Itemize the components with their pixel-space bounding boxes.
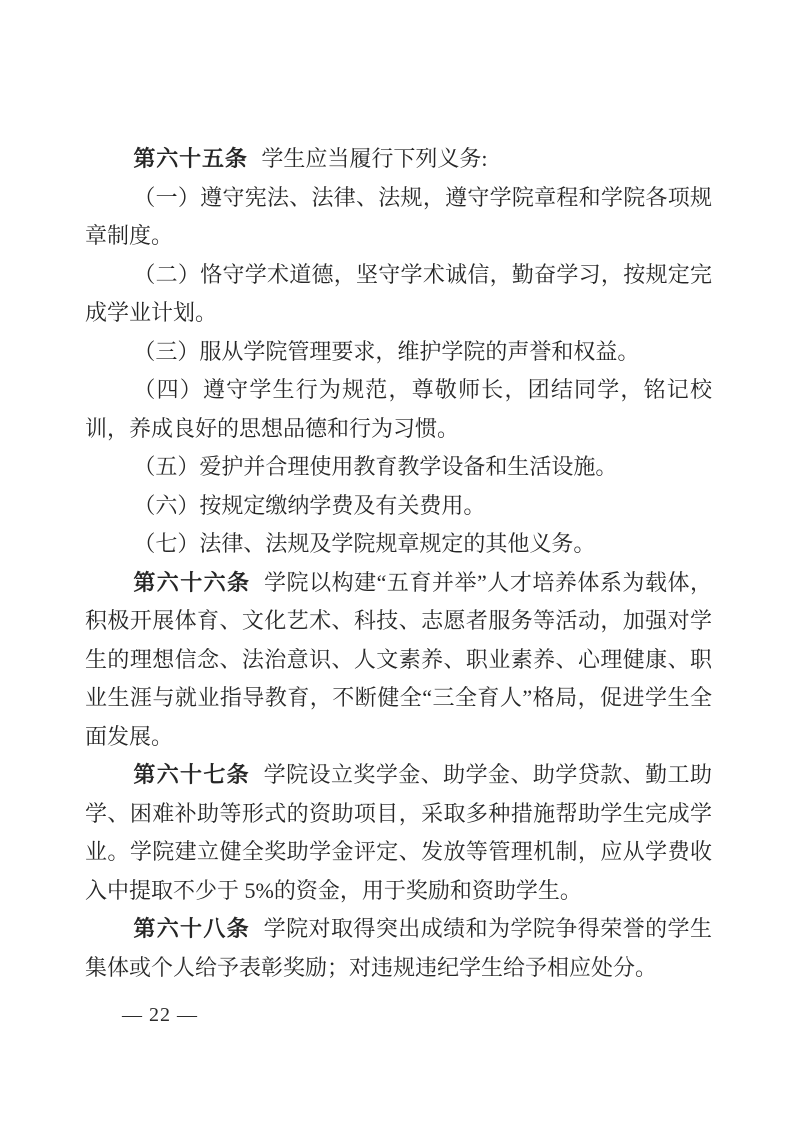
article-number-label: 第六十五条 — [133, 146, 247, 171]
clause-paragraph: （四）遵守学生行为规范，尊敬师长，团结同学，铭记校训，养成良好的思想品德和行为习… — [85, 371, 712, 448]
page-number: — 22 — — [122, 1004, 198, 1026]
article-paragraph: 第六十五条学生应当履行下列义务: — [85, 140, 712, 179]
paragraph-text: （六）按规定缴纳学费及有关费用。 — [133, 493, 485, 518]
clause-paragraph: （二）恪守学术道德，坚守学术诚信，勤奋学习，按规定完成学业计划。 — [85, 256, 712, 333]
article-paragraph: 第六十八条学院对取得突出成绩和为学院争得荣誉的学生集体或个人给予表彰奖励；对违规… — [85, 910, 712, 987]
clause-paragraph: （七）法律、法规及学院规章规定的其他义务。 — [85, 525, 712, 564]
document-body: 第六十五条学生应当履行下列义务:（一）遵守宪法、法律、法规，遵守学院章程和学院各… — [85, 140, 712, 987]
paragraph-text: （四）遵守学生行为规范，尊敬师长，团结同学，铭记校训，养成良好的思想品德和行为习… — [85, 377, 712, 441]
paragraph-text: （七）法律、法规及学院规章规定的其他义务。 — [133, 531, 595, 556]
page-footer: — 22 — — [122, 1000, 198, 1030]
document-page: 第六十五条学生应当履行下列义务:（一）遵守宪法、法律、法规，遵守学院章程和学院各… — [0, 0, 793, 1122]
article-number-label: 第六十八条 — [133, 916, 250, 941]
paragraph-text: （二）恪守学术道德，坚守学术诚信，勤奋学习，按规定完成学业计划。 — [85, 262, 712, 326]
paragraph-text: （一）遵守宪法、法律、法规，遵守学院章程和学院各项规章制度。 — [85, 185, 712, 249]
clause-paragraph: （三）服从学院管理要求，维护学院的声誉和权益。 — [85, 333, 712, 372]
clause-paragraph: （六）按规定缴纳学费及有关费用。 — [85, 487, 712, 526]
article-paragraph: 第六十七条学院设立奖学金、助学金、助学贷款、勤工助学、困难补助等形式的资助项目，… — [85, 756, 712, 910]
paragraph-text: 学院以构建“五育并举”人才培养体系为载体，积极开展体育、文化艺术、科技、志愿者服… — [85, 570, 712, 749]
paragraph-text: （五）爱护并合理使用教育教学设备和生活设施。 — [133, 454, 617, 479]
paragraph-text: 学生应当履行下列义务: — [261, 146, 487, 171]
article-number-label: 第六十七条 — [133, 762, 250, 787]
paragraph-text: （三）服从学院管理要求，维护学院的声誉和权益。 — [133, 339, 639, 364]
clause-paragraph: （五）爱护并合理使用教育教学设备和生活设施。 — [85, 448, 712, 487]
article-number-label: 第六十六条 — [133, 570, 250, 595]
article-paragraph: 第六十六条学院以构建“五育并举”人才培养体系为载体，积极开展体育、文化艺术、科技… — [85, 564, 712, 757]
clause-paragraph: （一）遵守宪法、法律、法规，遵守学院章程和学院各项规章制度。 — [85, 179, 712, 256]
